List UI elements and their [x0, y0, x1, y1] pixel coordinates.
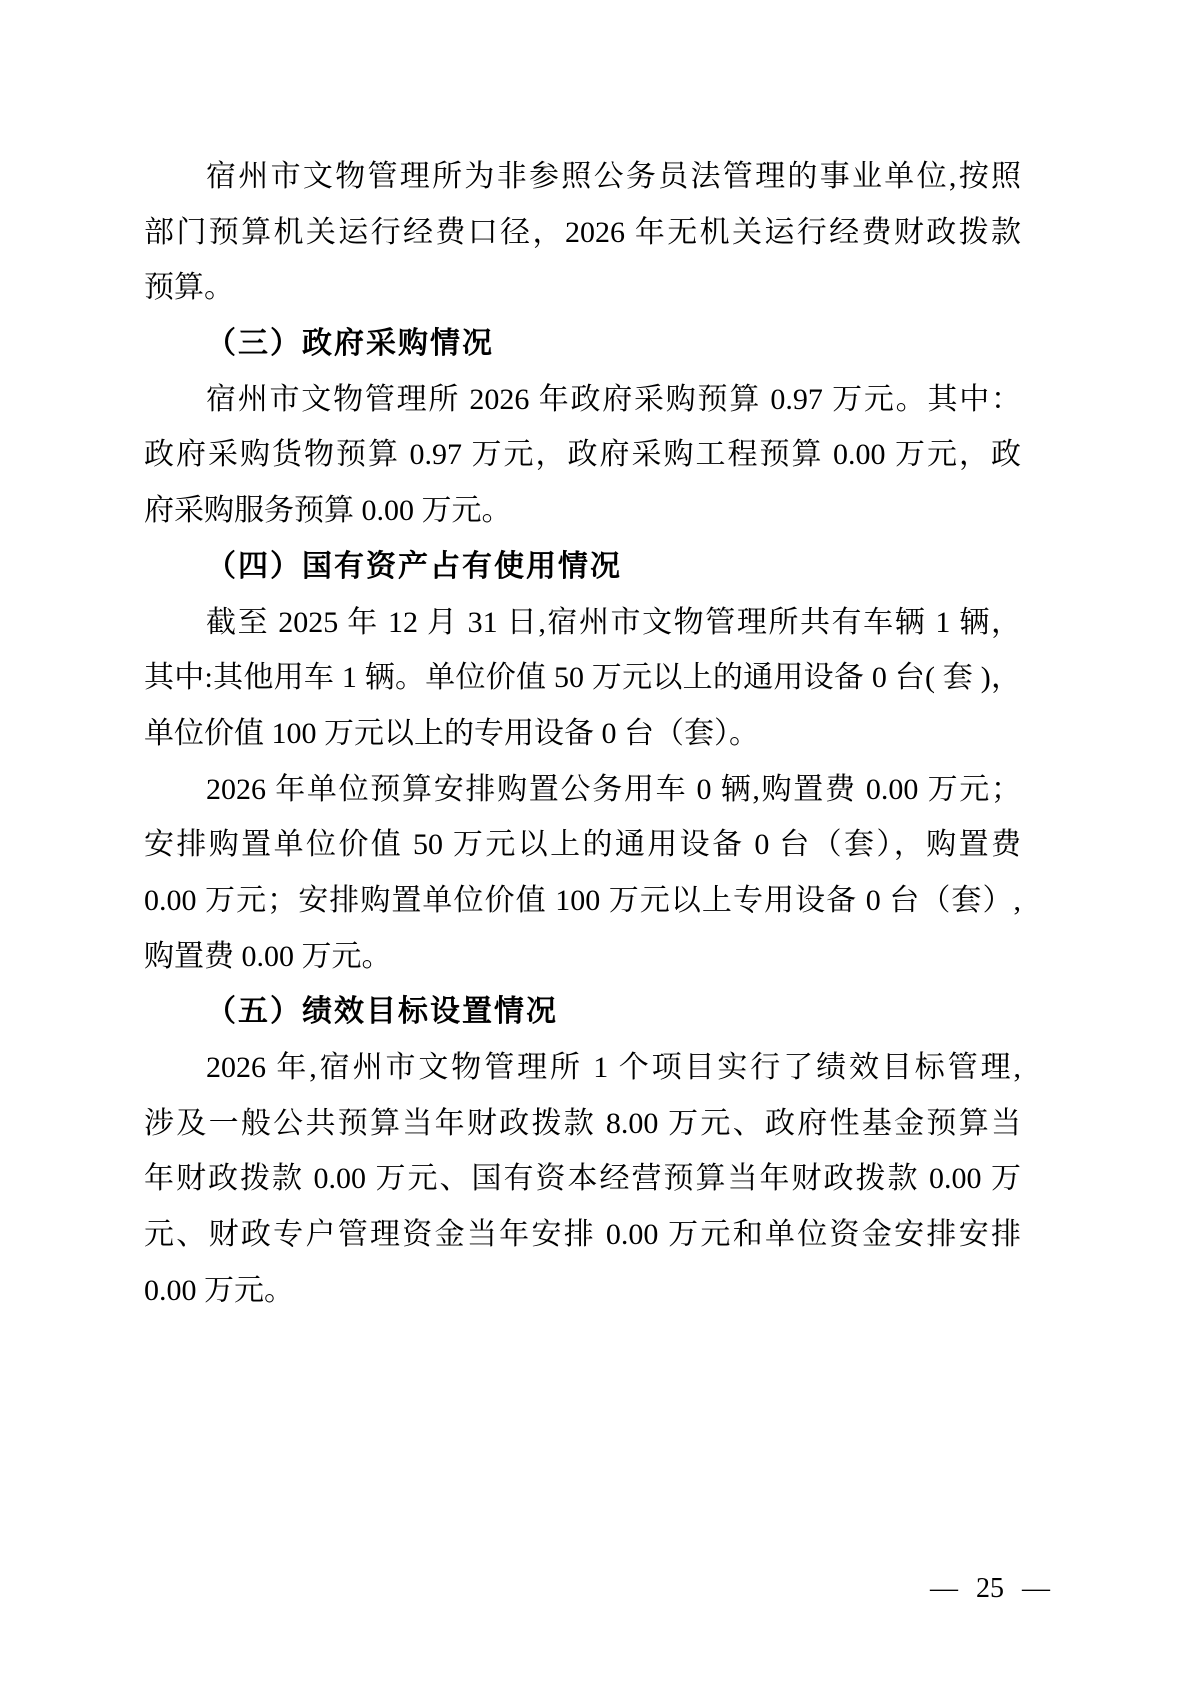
text-line: 0.00 万元。 — [144, 1263, 1021, 1319]
text-line: 宿州市文物管理所为非参照公务员法管理的事业单位,按照 — [144, 149, 1021, 205]
text-line: 宿州市文物管理所 2026 年政府采购预算 0.97 万元。其中： — [144, 372, 1021, 428]
text-line: 府采购服务预算 0.00 万元。 — [144, 483, 1021, 539]
text-line: 预算。 — [144, 260, 1021, 316]
footer-dash-right: — — [1022, 1574, 1050, 1604]
section-heading-performance-targets: （五）绩效目标设置情况 — [144, 984, 1021, 1040]
section-heading-state-assets: （四）国有资产占有使用情况 — [144, 539, 1021, 595]
text-line: 年财政拨款 0.00 万元、国有资本经营预算当年财政拨款 0.00 万 — [144, 1151, 1021, 1207]
section-heading-procurement: （三）政府采购情况 — [144, 316, 1021, 372]
text-line: 其中:其他用车 1 辆。单位价值 50 万元以上的通用设备 0 台( 套 )， — [144, 650, 1021, 706]
text-line: 购置费 0.00 万元。 — [144, 929, 1021, 985]
text-line: 单位价值 100 万元以上的专用设备 0 台（套）。 — [144, 706, 1021, 762]
text-line: 元、财政专户管理资金当年安排 0.00 万元和单位资金安排安排 — [144, 1207, 1021, 1263]
document-body: 宿州市文物管理所为非参照公务员法管理的事业单位,按照 部门预算机关运行经费口径，… — [144, 149, 1021, 1318]
text-line: 政府采购货物预算 0.97 万元，政府采购工程预算 0.00 万元，政 — [144, 427, 1021, 483]
text-line: 2026 年单位预算安排购置公务用车 0 辆,购置费 0.00 万元； — [144, 762, 1021, 818]
text-line: 0.00 万元；安排购置单位价值 100 万元以上专用设备 0 台（套）, — [144, 873, 1021, 929]
page-number: 25 — [976, 1574, 1004, 1604]
document-page: 宿州市文物管理所为非参照公务员法管理的事业单位,按照 部门预算机关运行经费口径，… — [0, 0, 1190, 1683]
page-footer: — 25 — — [930, 1574, 1050, 1604]
text-line: 安排购置单位价值 50 万元以上的通用设备 0 台（套），购置费 — [144, 817, 1021, 873]
text-line: 部门预算机关运行经费口径，2026 年无机关运行经费财政拨款 — [144, 205, 1021, 261]
text-line: 涉及一般公共预算当年财政拨款 8.00 万元、政府性基金预算当 — [144, 1096, 1021, 1152]
footer-dash-left: — — [930, 1574, 958, 1604]
text-line: 截至 2025 年 12 月 31 日,宿州市文物管理所共有车辆 1 辆， — [144, 595, 1021, 651]
text-line: 2026 年,宿州市文物管理所 1 个项目实行了绩效目标管理, — [144, 1040, 1021, 1096]
